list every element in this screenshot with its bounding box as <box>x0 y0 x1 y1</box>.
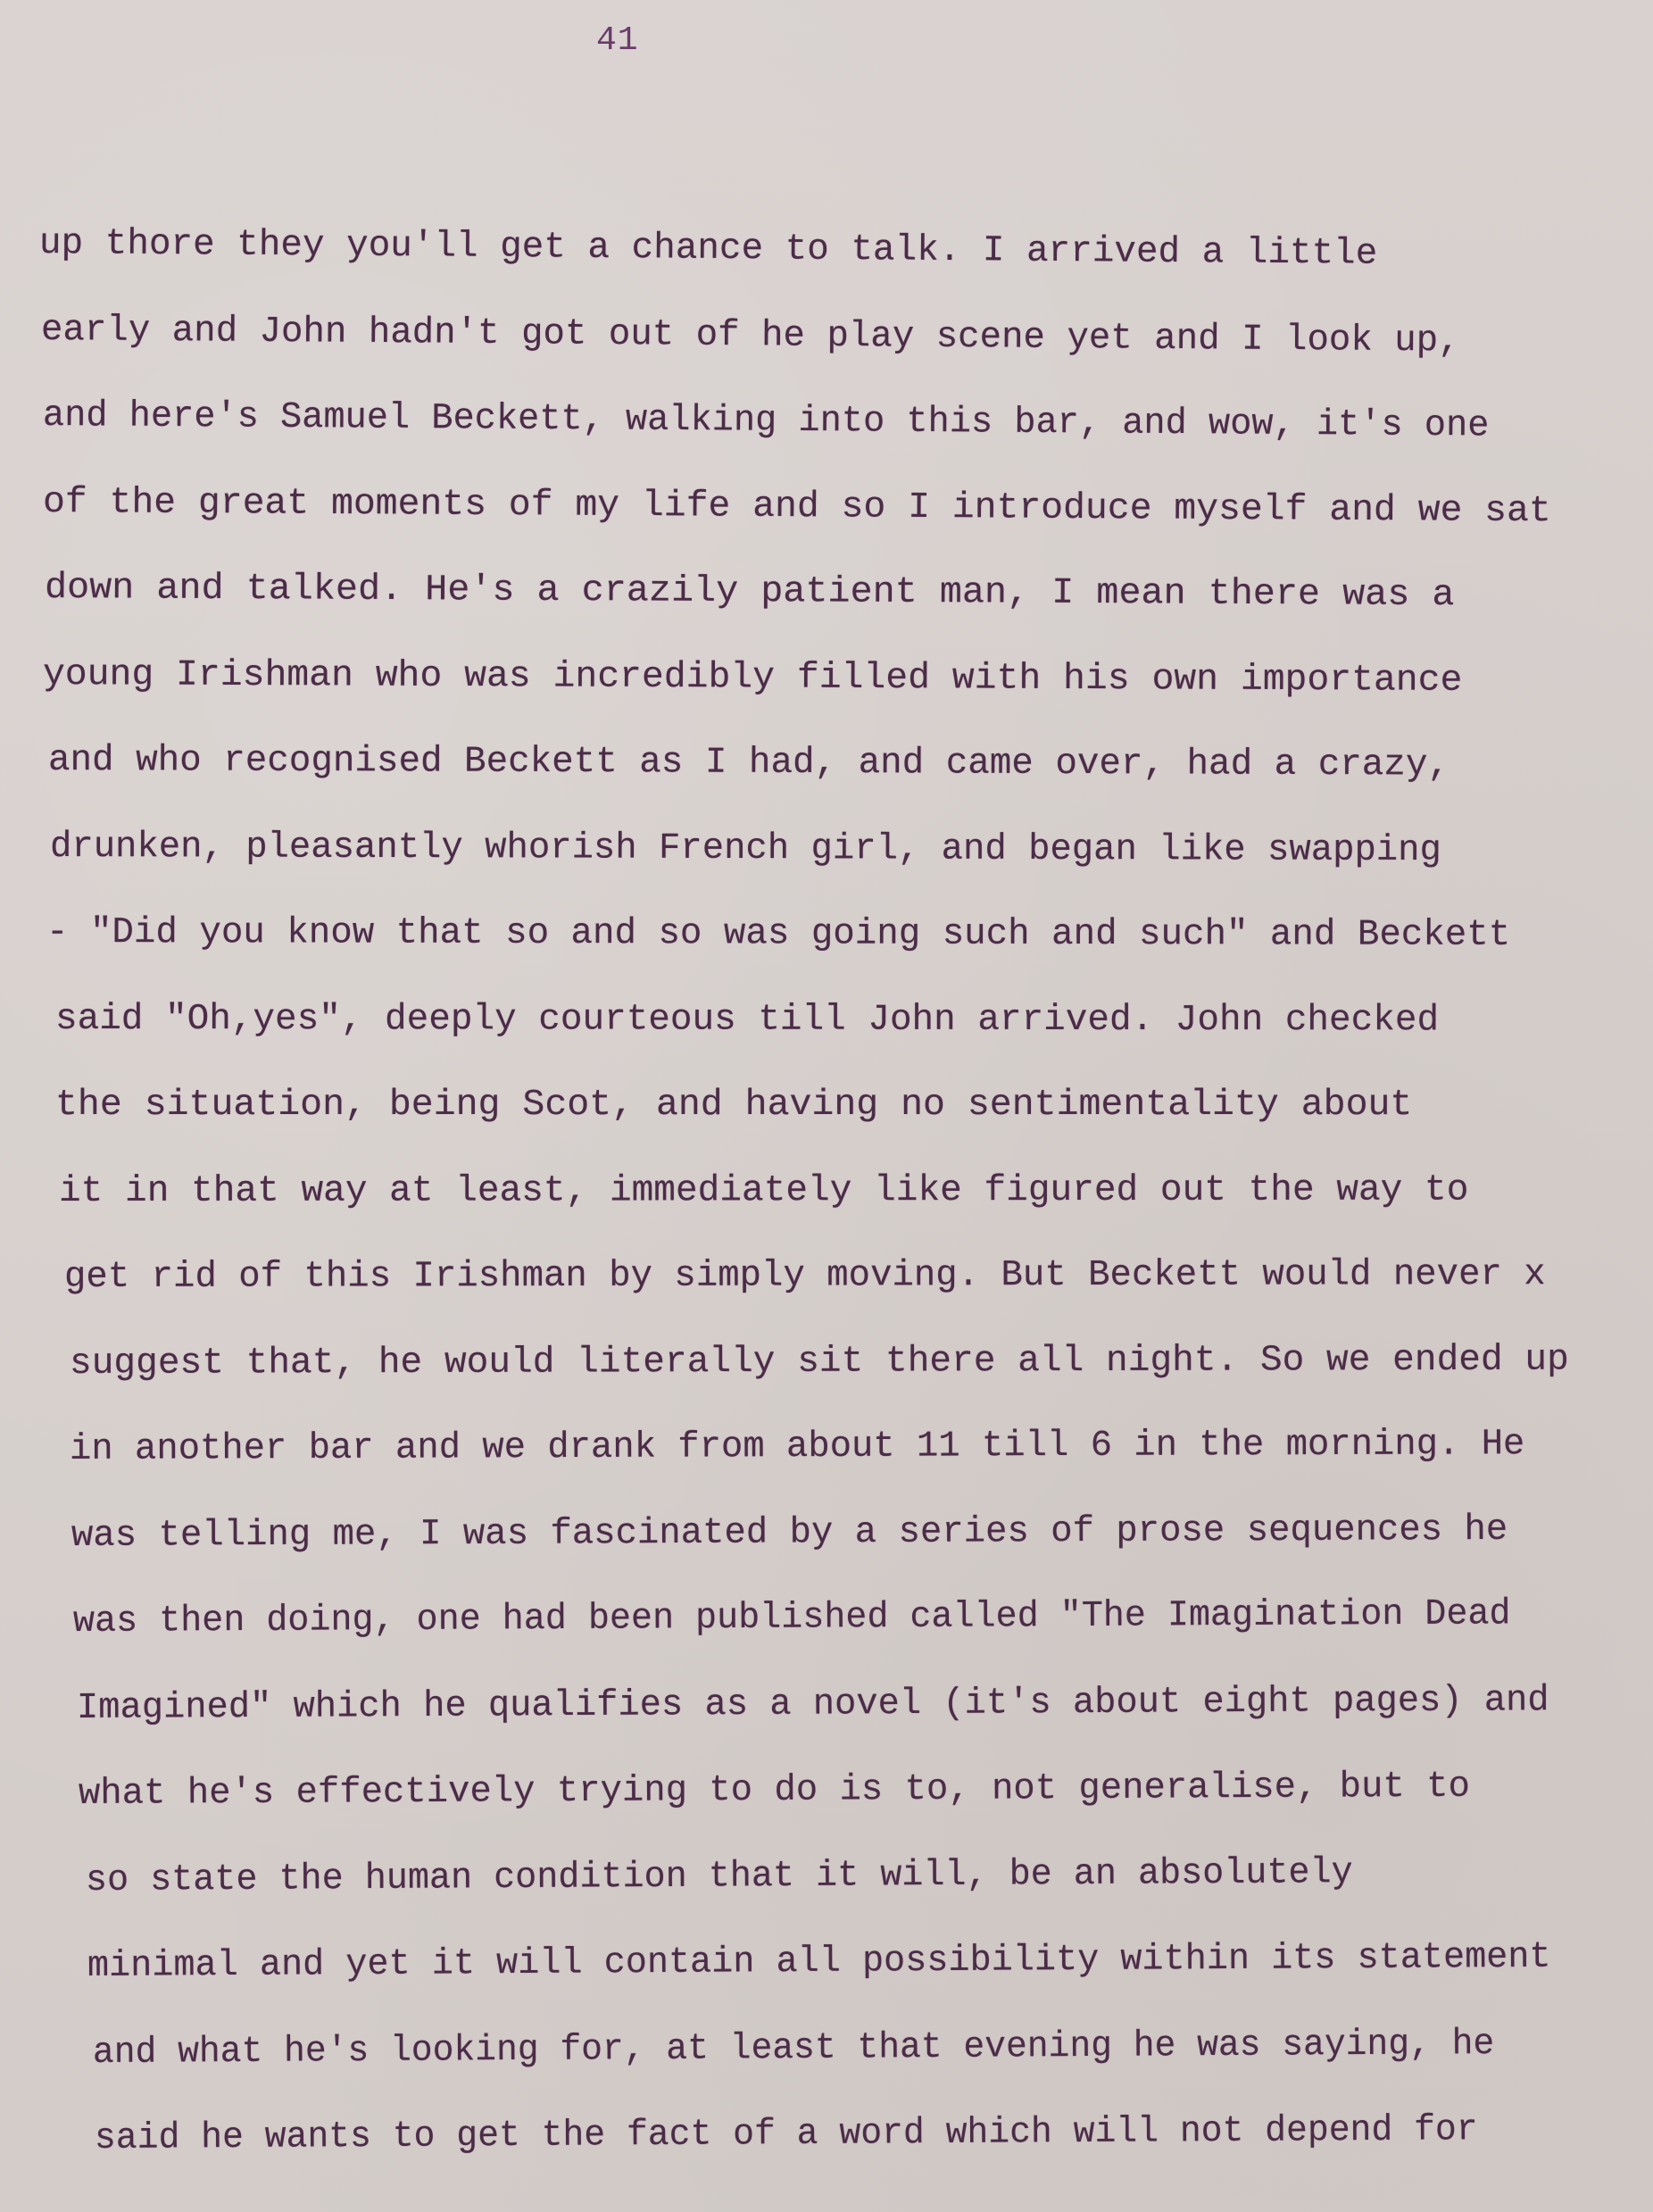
text-line: drunken, pleasantly whorish French girl,… <box>50 825 1441 873</box>
text-line: minimal and yet it will contain all poss… <box>87 1935 1551 1989</box>
text-line: of the great moments of my life and so I… <box>43 480 1551 534</box>
text-line: said "Oh,yes", deeply courteous till Joh… <box>55 997 1439 1043</box>
text-line: suggest that, he would literally sit the… <box>70 1337 1569 1385</box>
text-line: down and talked. He's a crazily patient … <box>45 566 1455 618</box>
text-line: Imagined" which he qualifies as a novel … <box>77 1678 1549 1731</box>
text-line: - "Did you know that so and so was going… <box>46 911 1510 958</box>
page-number: 41 <box>596 21 639 60</box>
text-line: in another bar and we drank from about 1… <box>70 1422 1524 1472</box>
text-line: up thore they you'll get a chance to tal… <box>39 221 1378 277</box>
text-line: what he's effectively trying to do is to… <box>79 1765 1470 1817</box>
text-line: early and John hadn't got out of he play… <box>41 308 1460 364</box>
text-line: the situation, being Scot, and having no… <box>55 1083 1412 1127</box>
text-line: was telling me, I was fascinated by a se… <box>71 1507 1508 1558</box>
text-line: was then doing, one had been published c… <box>73 1592 1511 1644</box>
text-line: so state the human condition that it wil… <box>86 1850 1353 1903</box>
text-line: and what he's looking for, at least that… <box>93 2022 1495 2075</box>
text-line: said he wants to get the fact of a word … <box>95 2108 1478 2161</box>
text-line: young Irishman who was incredibly filled… <box>43 653 1463 703</box>
text-line: and here's Samuel Beckett, walking into … <box>43 394 1490 449</box>
typewritten-page: 41 up thore they you'll get a chance to … <box>0 0 1653 2212</box>
text-line: get rid of this Irishman by simply movin… <box>64 1252 1546 1300</box>
text-line: and who recognised Beckett as I had, and… <box>48 738 1449 787</box>
text-line: it in that way at least, immediately lik… <box>59 1168 1468 1213</box>
